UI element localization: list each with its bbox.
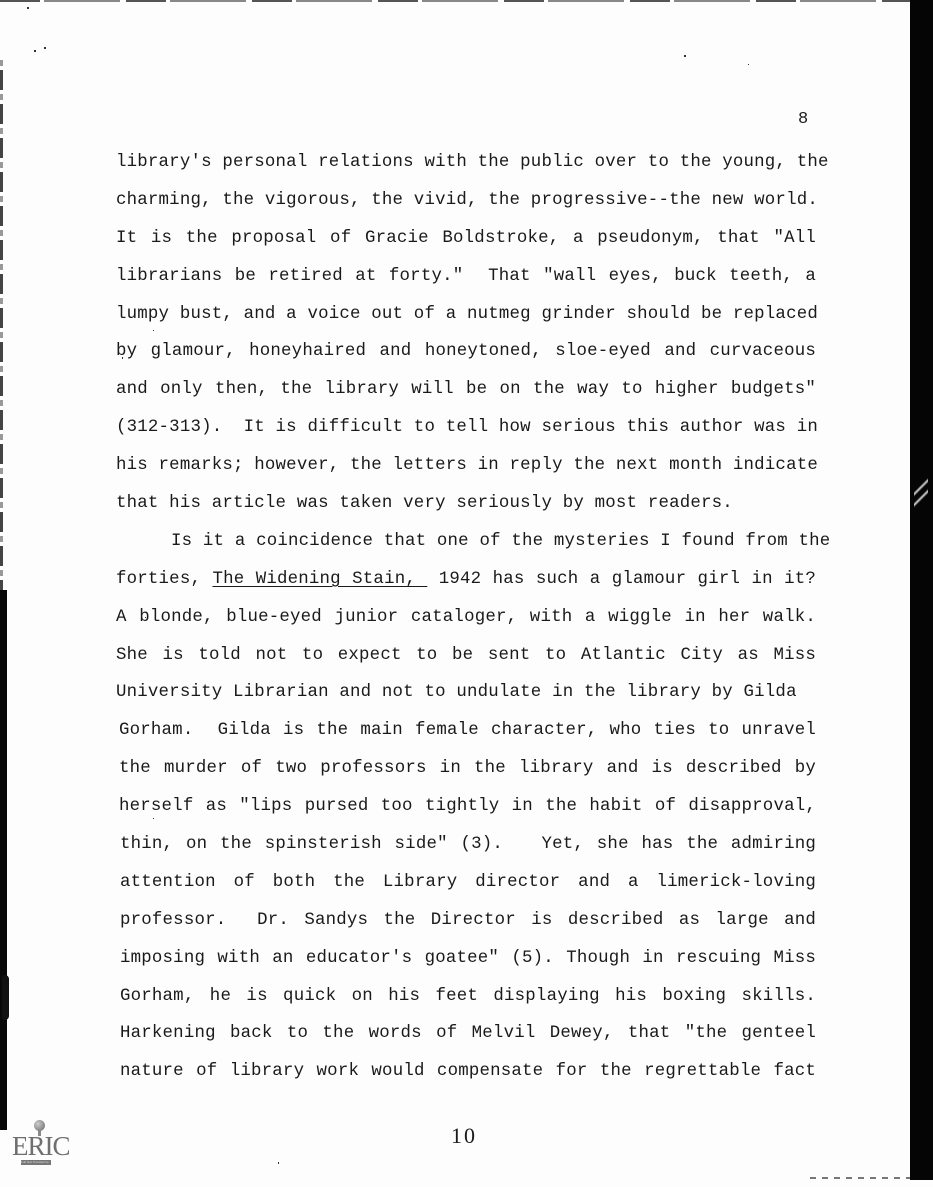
- text-line: and only then, the library will be on th…: [116, 371, 816, 409]
- text-line: Gorham, he is quick on his feet displayi…: [116, 978, 816, 1016]
- text-line: professor. Dr. Sandys the Director is de…: [116, 902, 816, 940]
- book-title: The Widening Stain,: [212, 570, 427, 589]
- scanned-document-page: 8 library's personal relations with the …: [0, 0, 933, 1187]
- text-line: librarians be retired at forty." That "w…: [116, 258, 816, 296]
- text-line: (312-313). It is difficult to tell how s…: [116, 409, 816, 447]
- text-line: A blonde, blue-eyed junior cataloger, wi…: [116, 599, 816, 637]
- page-number-bottom: 10: [451, 1123, 477, 1149]
- eric-logo-tagline: Full Text Provided by ERIC: [21, 1160, 51, 1165]
- eric-logo: ERIC Full Text Provided by ERIC: [10, 1118, 78, 1170]
- text-line: She is told not to expect to be sent to …: [116, 637, 816, 675]
- body-text: library's personal relations with the pu…: [116, 144, 816, 1091]
- text-line: by glamour, honeyhaired and honeytoned, …: [116, 333, 816, 371]
- scan-blot: [2, 975, 9, 1020]
- text-line: imposing with an educator's goatee" (5).…: [116, 940, 816, 978]
- text-line: Gorham. Gilda is the main female charact…: [116, 712, 816, 750]
- text-line: herself as "lips pursed too tightly in t…: [116, 788, 816, 826]
- text-line: Is it a coincidence that one of the myst…: [116, 523, 816, 561]
- text-line: charming, the vigorous, the vivid, the p…: [116, 182, 816, 220]
- paragraph-2: Is it a coincidence that one of the myst…: [116, 523, 816, 1091]
- text-line: nature of library work would compensate …: [116, 1053, 816, 1091]
- page-number-top: 8: [798, 110, 808, 130]
- text-line: library's personal relations with the pu…: [116, 144, 816, 182]
- scan-speck: [44, 47, 46, 49]
- text-line: attention of both the Library director a…: [116, 864, 816, 902]
- text-line: University Librarian and not to undulate…: [116, 674, 816, 712]
- text-line: forties, The Widening Stain, 1942 has su…: [116, 561, 816, 599]
- scan-left-border: [0, 590, 7, 1130]
- text-line: that his article was taken very seriousl…: [116, 485, 816, 523]
- text-line: lumpy bust, and a voice out of a nutmeg …: [116, 296, 816, 334]
- eric-logo-text: ERIC: [12, 1132, 70, 1160]
- scan-speck: [27, 7, 29, 9]
- text-line: Harkening back to the words of Melvil De…: [116, 1015, 816, 1053]
- text-segment: forties,: [116, 570, 212, 589]
- text-line: his remarks; however, the letters in rep…: [116, 447, 816, 485]
- scan-speck: [278, 1162, 279, 1164]
- scan-top-edge: [0, 0, 933, 2]
- text-line: the murder of two professors in the libr…: [116, 750, 816, 788]
- scan-speck: [748, 64, 749, 65]
- text-segment: 1942 has such a glamour girl in it?: [427, 570, 816, 589]
- text-line: thin, on the spinsterish side" (3). Yet,…: [116, 826, 816, 864]
- paragraph-1: library's personal relations with the pu…: [116, 144, 816, 523]
- scan-speck: [34, 50, 36, 52]
- scan-bottom-edge: [810, 1177, 910, 1179]
- text-line: It is the proposal of Gracie Boldstroke,…: [116, 220, 816, 258]
- scan-right-border: [910, 0, 933, 1180]
- scan-speck: [684, 55, 686, 57]
- scan-left-edge: [0, 60, 3, 590]
